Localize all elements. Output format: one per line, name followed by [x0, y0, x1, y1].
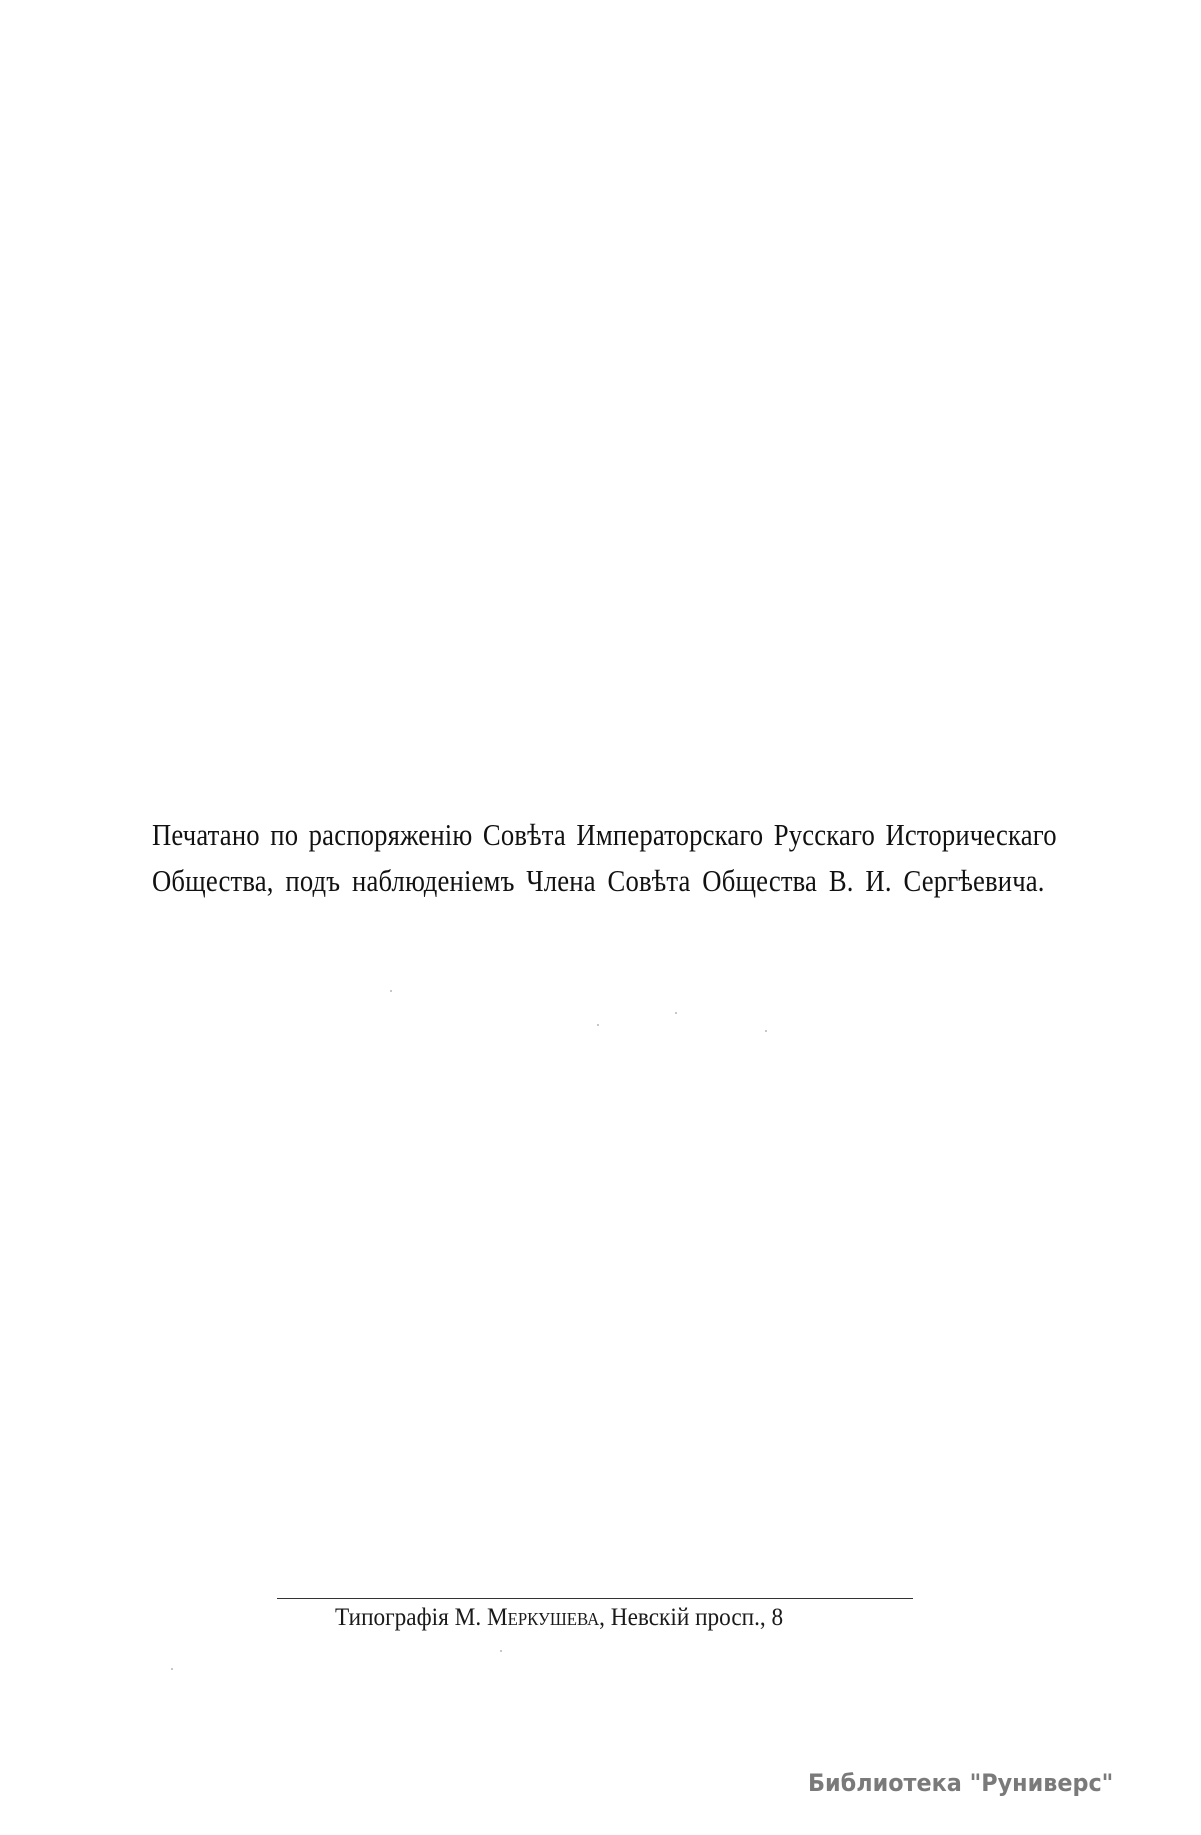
scan-speck	[765, 1030, 767, 1032]
notice-word: Совѣта	[483, 812, 566, 858]
imprint-address: , Невскій просп., 8	[599, 1604, 783, 1631]
document-page: Печатано по распоряженію Совѣта Императо…	[0, 0, 1201, 1835]
publication-notice: Печатано по распоряженію Совѣта Императо…	[152, 812, 1057, 904]
notice-word: Сергѣевича.	[903, 858, 1044, 904]
notice-word: Совѣта	[608, 858, 691, 904]
notice-word: Печатано	[152, 812, 260, 858]
notice-word: подъ	[285, 858, 340, 904]
scan-speck	[171, 1668, 173, 1670]
printer-imprint: Типографія М. Меркушева, Невскій просп.,…	[335, 1603, 783, 1633]
notice-word: наблюденіемъ	[352, 858, 514, 904]
notice-line-1: Печатано по распоряженію Совѣта Императо…	[152, 812, 1057, 858]
notice-word: Русскаго	[774, 812, 875, 858]
notice-word: по	[270, 812, 298, 858]
scan-speck	[597, 1024, 599, 1026]
notice-word: Общества	[702, 858, 817, 904]
notice-word: В.	[829, 858, 854, 904]
notice-word: распоряженію	[309, 812, 473, 858]
scan-speck	[390, 990, 392, 992]
notice-word: Императорскаго	[576, 812, 763, 858]
scan-speck	[500, 1650, 502, 1652]
imprint-divider	[277, 1598, 913, 1599]
notice-line-2: Общества, подъ наблюденіемъ Члена Совѣта…	[152, 858, 1045, 904]
scan-speck	[675, 1012, 677, 1014]
notice-word: Общества,	[152, 858, 274, 904]
library-watermark: Библиотека "Руниверс"	[808, 1767, 1113, 1799]
notice-word: Историческаго	[885, 812, 1056, 858]
imprint-prefix: Типографія М.	[335, 1604, 487, 1631]
imprint-printer-name: Меркушева	[487, 1604, 599, 1631]
notice-word: Члена	[526, 858, 595, 904]
notice-word: И.	[865, 858, 891, 904]
